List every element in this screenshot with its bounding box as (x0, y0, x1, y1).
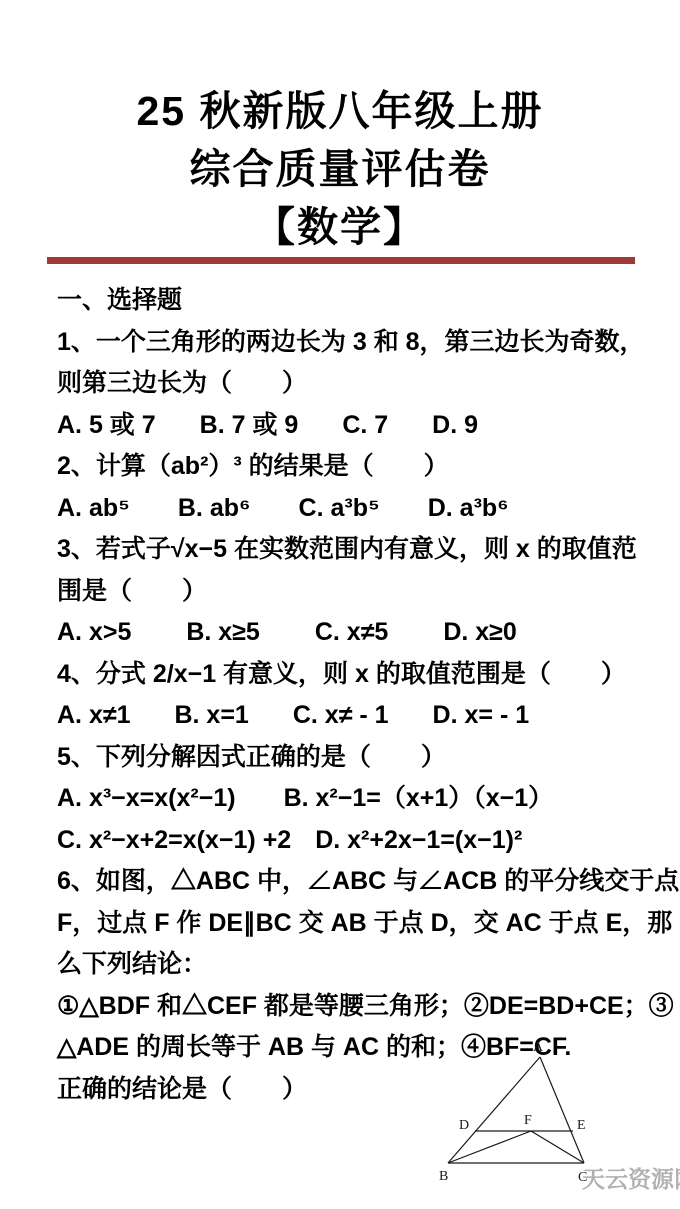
edge-AB (448, 1057, 540, 1163)
option-d: D. x= - 1 (433, 695, 530, 737)
question-6-statements-line-1: ①△BDF 和△CEF 都是等腰三角形；②DE=BD+CE；③ (57, 986, 632, 1028)
point-label-D: D (459, 1118, 469, 1133)
edge-AC (540, 1057, 584, 1163)
question-1-stem-line-1: 1、一个三角形的两边长为 3 和 8，第三边长为奇数， (57, 322, 632, 364)
page-title-line-2: 综合质量评估卷 (0, 136, 680, 195)
question-3-options: A. x>5 B. x≥5 C. x≠5 D. x≥0 (57, 612, 632, 654)
point-label-E: E (577, 1118, 586, 1133)
option-d: D. a³b⁶ (428, 488, 509, 530)
option-b: B. 7 或 9 (200, 405, 299, 447)
page-title-line-1: 25 秋新版八年级上册 (0, 78, 680, 137)
option-d: D. x²+2x−1=(x−1)² (315, 820, 522, 862)
exam-body: 一、选择题 1、一个三角形的两边长为 3 和 8，第三边长为奇数， 则第三边长为… (57, 280, 632, 1110)
section-heading: 一、选择题 (57, 280, 632, 322)
page-title-subject: 【数学】 (0, 194, 680, 253)
question-3-stem-line-2: 围是（ ） (57, 571, 632, 613)
question-6-stem-line-3: 么下列结论： (57, 944, 632, 986)
title-divider-rule (47, 257, 635, 264)
question-2-options: A. ab⁵ B. ab⁶ C. a³b⁵ D. a³b⁶ (57, 488, 632, 530)
point-label-F: F (524, 1113, 532, 1128)
option-a: A. ab⁵ (57, 488, 130, 530)
question-6-stem-line-2: F，过点 F 作 DE∥BC 交 AB 于点 D，交 AC 于点 E，那 (57, 903, 632, 945)
option-c: C. x²−x+2=x(x−1) +2 (57, 820, 291, 862)
option-a: A. x>5 (57, 612, 131, 654)
option-b: B. x≥5 (186, 612, 259, 654)
question-5-options-row-2: C. x²−x+2=x(x−1) +2 D. x²+2x−1=(x−1)² (57, 820, 632, 862)
question-4-options: A. x≠1 B. x=1 C. x≠ - 1 D. x= - 1 (57, 695, 632, 737)
triangle-diagram-svg: A B C D E F (438, 1033, 606, 1185)
option-c: C. a³b⁵ (299, 488, 380, 530)
question-5-options-row-1: A. x³−x=x(x²−1) B. x²−1=（x+1）（x−1） (57, 778, 632, 820)
question-2-stem-line-1: 2、计算（ab²）³ 的结果是（ ） (57, 446, 632, 488)
option-c: C. x≠5 (315, 612, 388, 654)
bisector-BF (448, 1131, 531, 1163)
option-d: D. 9 (432, 405, 478, 447)
option-a: A. 5 或 7 (57, 405, 156, 447)
vertex-label-A: A (533, 1040, 544, 1055)
option-b: B. x²−1=（x+1）（x−1） (284, 778, 554, 820)
bisector-FC (531, 1131, 584, 1163)
option-c: C. 7 (342, 405, 388, 447)
triangle-diagram: A B C D E F (438, 1033, 606, 1185)
question-4-stem-line-1: 4、分式 2/x−1 有意义，则 x 的取值范围是（ ） (57, 654, 632, 696)
site-watermark: 天云资源网 (582, 1161, 680, 1194)
question-6-stem-line-1: 6、如图，△ABC 中，∠ABC 与∠ACB 的平分线交于点 (57, 861, 632, 903)
question-1-options: A. 5 或 7 B. 7 或 9 C. 7 D. 9 (57, 405, 632, 447)
option-a: A. x³−x=x(x²−1) (57, 778, 236, 820)
option-b: B. x=1 (174, 695, 248, 737)
question-3-stem-line-1: 3、若式子√x−5 在实数范围内有意义，则 x 的取值范 (57, 529, 632, 571)
exam-paper-page: 25 秋新版八年级上册 综合质量评估卷 【数学】 一、选择题 1、一个三角形的两… (0, 0, 680, 1209)
question-5-stem-line-1: 5、下列分解因式正确的是（ ） (57, 737, 632, 779)
option-d: D. x≥0 (443, 612, 516, 654)
option-a: A. x≠1 (57, 695, 130, 737)
vertex-label-B: B (439, 1169, 448, 1184)
option-c: C. x≠ - 1 (293, 695, 389, 737)
option-b: B. ab⁶ (178, 488, 251, 530)
question-1-stem-line-2: 则第三边长为（ ） (57, 363, 632, 405)
